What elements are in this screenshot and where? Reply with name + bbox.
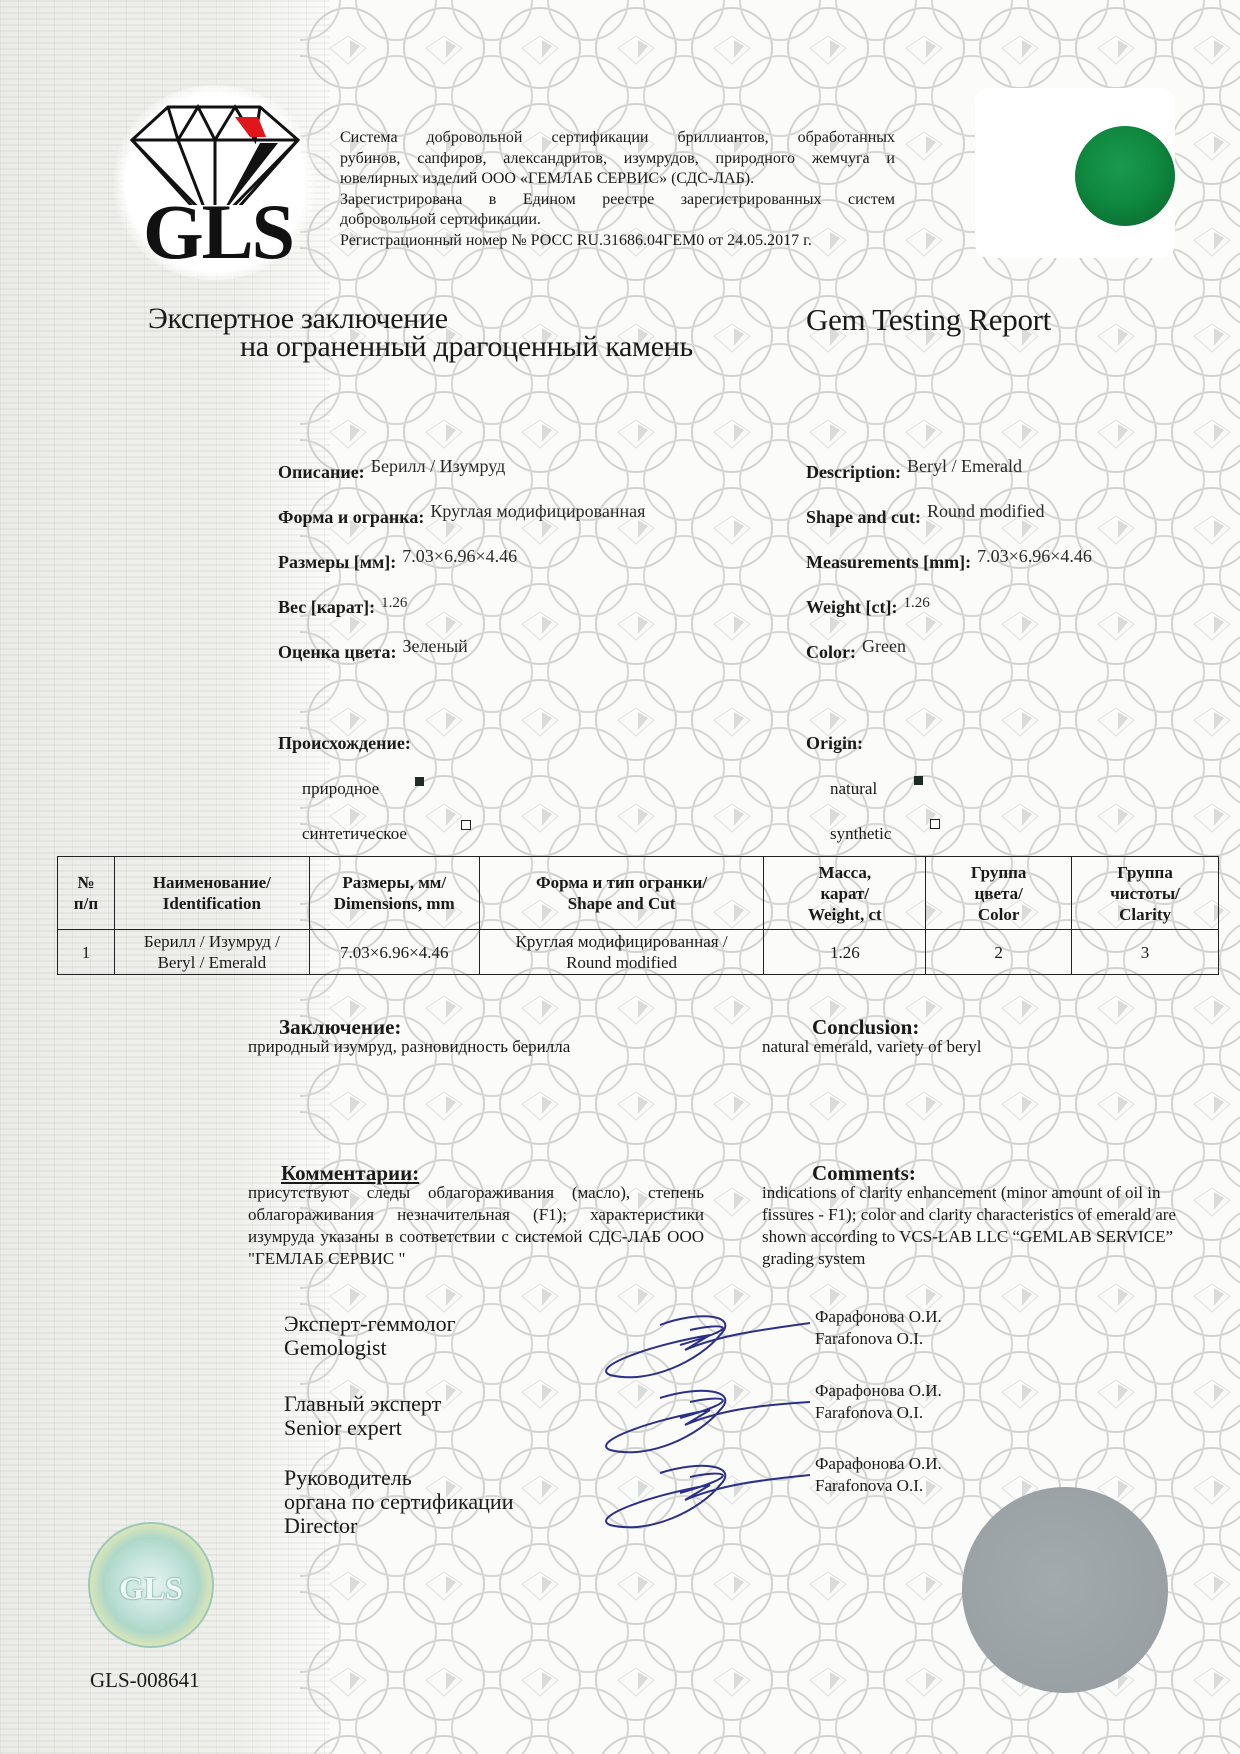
hologram-seal: GLS	[88, 1522, 214, 1648]
conclusion-text-ru: природный изумруд, разновидность берилла	[248, 1036, 570, 1058]
field-value: 1.26	[903, 595, 929, 611]
checkbox-natural-en[interactable]	[914, 776, 923, 785]
field-value: Green	[862, 636, 906, 656]
cell-identification: Берилл / Изумруд /Beryl / Emerald	[114, 930, 309, 975]
signature-name-senior-expert: Фарафонова О.И.Farafonova O.I.	[815, 1380, 942, 1424]
system-line: добровольной сертификации.	[340, 210, 895, 231]
cell-shape-cut: Круглая модифицированная /Round modified	[479, 930, 764, 975]
system-line: рубинов, сапфиров, александритов, изумру…	[340, 149, 895, 170]
col-shape-cut: Форма и тип огранки/Shape and Cut	[479, 857, 764, 930]
field-label: Weight [ct]:	[806, 597, 897, 617]
origin-synthetic-ru: синтетическое	[302, 824, 407, 844]
field-description-en: Description:Beryl / Emerald	[806, 462, 1022, 483]
system-line: Зарегистрирована в Едином реестре зареги…	[340, 190, 895, 211]
field-label: Описание:	[278, 462, 365, 482]
col-weight: Масса,карат/Weight, ct	[764, 857, 926, 930]
grey-seal-sticker	[962, 1487, 1168, 1693]
field-color-en: Color:Green	[806, 642, 906, 663]
comments-text-ru: присутствуют следы облагораживания (масл…	[248, 1182, 704, 1270]
field-value: Round modified	[927, 501, 1045, 521]
field-label: Вес [карат]:	[278, 597, 375, 617]
origin-label-ru: Происхождение:	[278, 733, 411, 754]
system-line: ювелирных изделий ООО «ГЕМЛАБ СЕРВИС» (С…	[340, 169, 895, 190]
col-identification: Наименование/Identification	[114, 857, 309, 930]
field-measurements-ru: Размеры [мм]:7.03×6.96×4.46	[278, 552, 517, 573]
field-value: Beryl / Emerald	[907, 456, 1022, 476]
cell-dimensions: 7.03×6.96×4.46	[309, 930, 479, 975]
certification-system-text: Система добровольной сертификации брилли…	[340, 128, 895, 251]
comments-text-en: indications of clarity enhancement (mino…	[762, 1182, 1197, 1270]
col-color: Группацвета/Color	[926, 857, 1072, 930]
signature-role-director: Руководительоргана по сертификацииDirect…	[284, 1466, 513, 1538]
subtitle-ru: на ограненный драгоценный камень	[240, 330, 693, 364]
field-label: Color:	[806, 642, 856, 662]
cell-color-group: 2	[926, 930, 1072, 975]
origin-natural-en: natural	[830, 779, 877, 799]
table-header-row: №п/п Наименование/Identification Размеры…	[58, 857, 1219, 930]
field-weight-ru: Вес [карат]:1.26	[278, 597, 407, 618]
serial-number: GLS-008641	[90, 1668, 200, 1693]
emerald-image	[1075, 126, 1175, 226]
field-value: 1.26	[381, 595, 407, 611]
field-label: Размеры [мм]:	[278, 552, 396, 572]
table-row: 1 Берилл / Изумруд /Beryl / Emerald 7.03…	[58, 930, 1219, 975]
gls-logo: GLS	[110, 85, 320, 280]
checkbox-synthetic-en[interactable]	[930, 819, 940, 829]
field-label: Description:	[806, 462, 901, 482]
checkbox-synthetic-ru[interactable]	[461, 820, 471, 830]
col-clarity: Группачистоты/Clarity	[1072, 857, 1219, 930]
field-label: Форма и огранка:	[278, 507, 424, 527]
field-measurements-en: Measurements [mm]:7.03×6.96×4.46	[806, 552, 1092, 573]
signature-name-director: Фарафонова О.И.Farafonova O.I.	[815, 1453, 942, 1497]
registration-number: Регистрационный номер № РОСС RU.31686.04…	[340, 231, 895, 252]
signature-role-gemologist: Эксперт-геммологGemologist	[284, 1312, 456, 1360]
origin-synthetic-en: synthetic	[830, 824, 891, 844]
field-description-ru: Описание:Берилл / Изумруд	[278, 462, 505, 483]
field-shape-en: Shape and cut:Round modified	[806, 507, 1045, 528]
field-weight-en: Weight [ct]:1.26	[806, 597, 930, 618]
title-en: Gem Testing Report	[806, 302, 1051, 338]
field-value: Круглая модифицированная	[430, 501, 645, 521]
field-color-ru: Оценка цвета:Зеленый	[278, 642, 468, 663]
hologram-text: GLS	[90, 1570, 212, 1607]
col-dimensions: Размеры, мм/Dimensions, mm	[309, 857, 479, 930]
field-value: Берилл / Изумруд	[371, 456, 506, 476]
signature-name-gemologist: Фарафонова О.И.Farafonova O.I.	[815, 1306, 942, 1350]
field-label: Shape and cut:	[806, 507, 921, 527]
origin-label-en: Origin:	[806, 733, 863, 754]
field-shape-ru: Форма и огранка:Круглая модифицированная	[278, 507, 645, 528]
gem-details-table: №п/п Наименование/Identification Размеры…	[57, 856, 1219, 975]
cell-weight: 1.26	[764, 930, 926, 975]
field-label: Measurements [mm]:	[806, 552, 971, 572]
diamond-icon	[110, 85, 320, 205]
cell-clarity-group: 3	[1072, 930, 1219, 975]
gem-photo	[975, 88, 1175, 258]
col-number: №п/п	[58, 857, 115, 930]
signature-scribble-icon	[590, 1455, 830, 1545]
field-value: 7.03×6.96×4.46	[402, 546, 517, 566]
field-value: Зеленый	[402, 636, 467, 656]
logo-text: GLS	[138, 193, 298, 271]
signature-role-senior-expert: Главный экспертSenior expert	[284, 1392, 441, 1440]
origin-natural-ru: природное	[302, 779, 379, 799]
system-line: Система добровольной сертификации брилли…	[340, 128, 895, 149]
cell-number: 1	[58, 930, 115, 975]
field-value: 7.03×6.96×4.46	[977, 546, 1092, 566]
field-label: Оценка цвета:	[278, 642, 396, 662]
checkbox-natural-ru[interactable]	[415, 777, 424, 786]
conclusion-text-en: natural emerald, variety of beryl	[762, 1036, 981, 1058]
